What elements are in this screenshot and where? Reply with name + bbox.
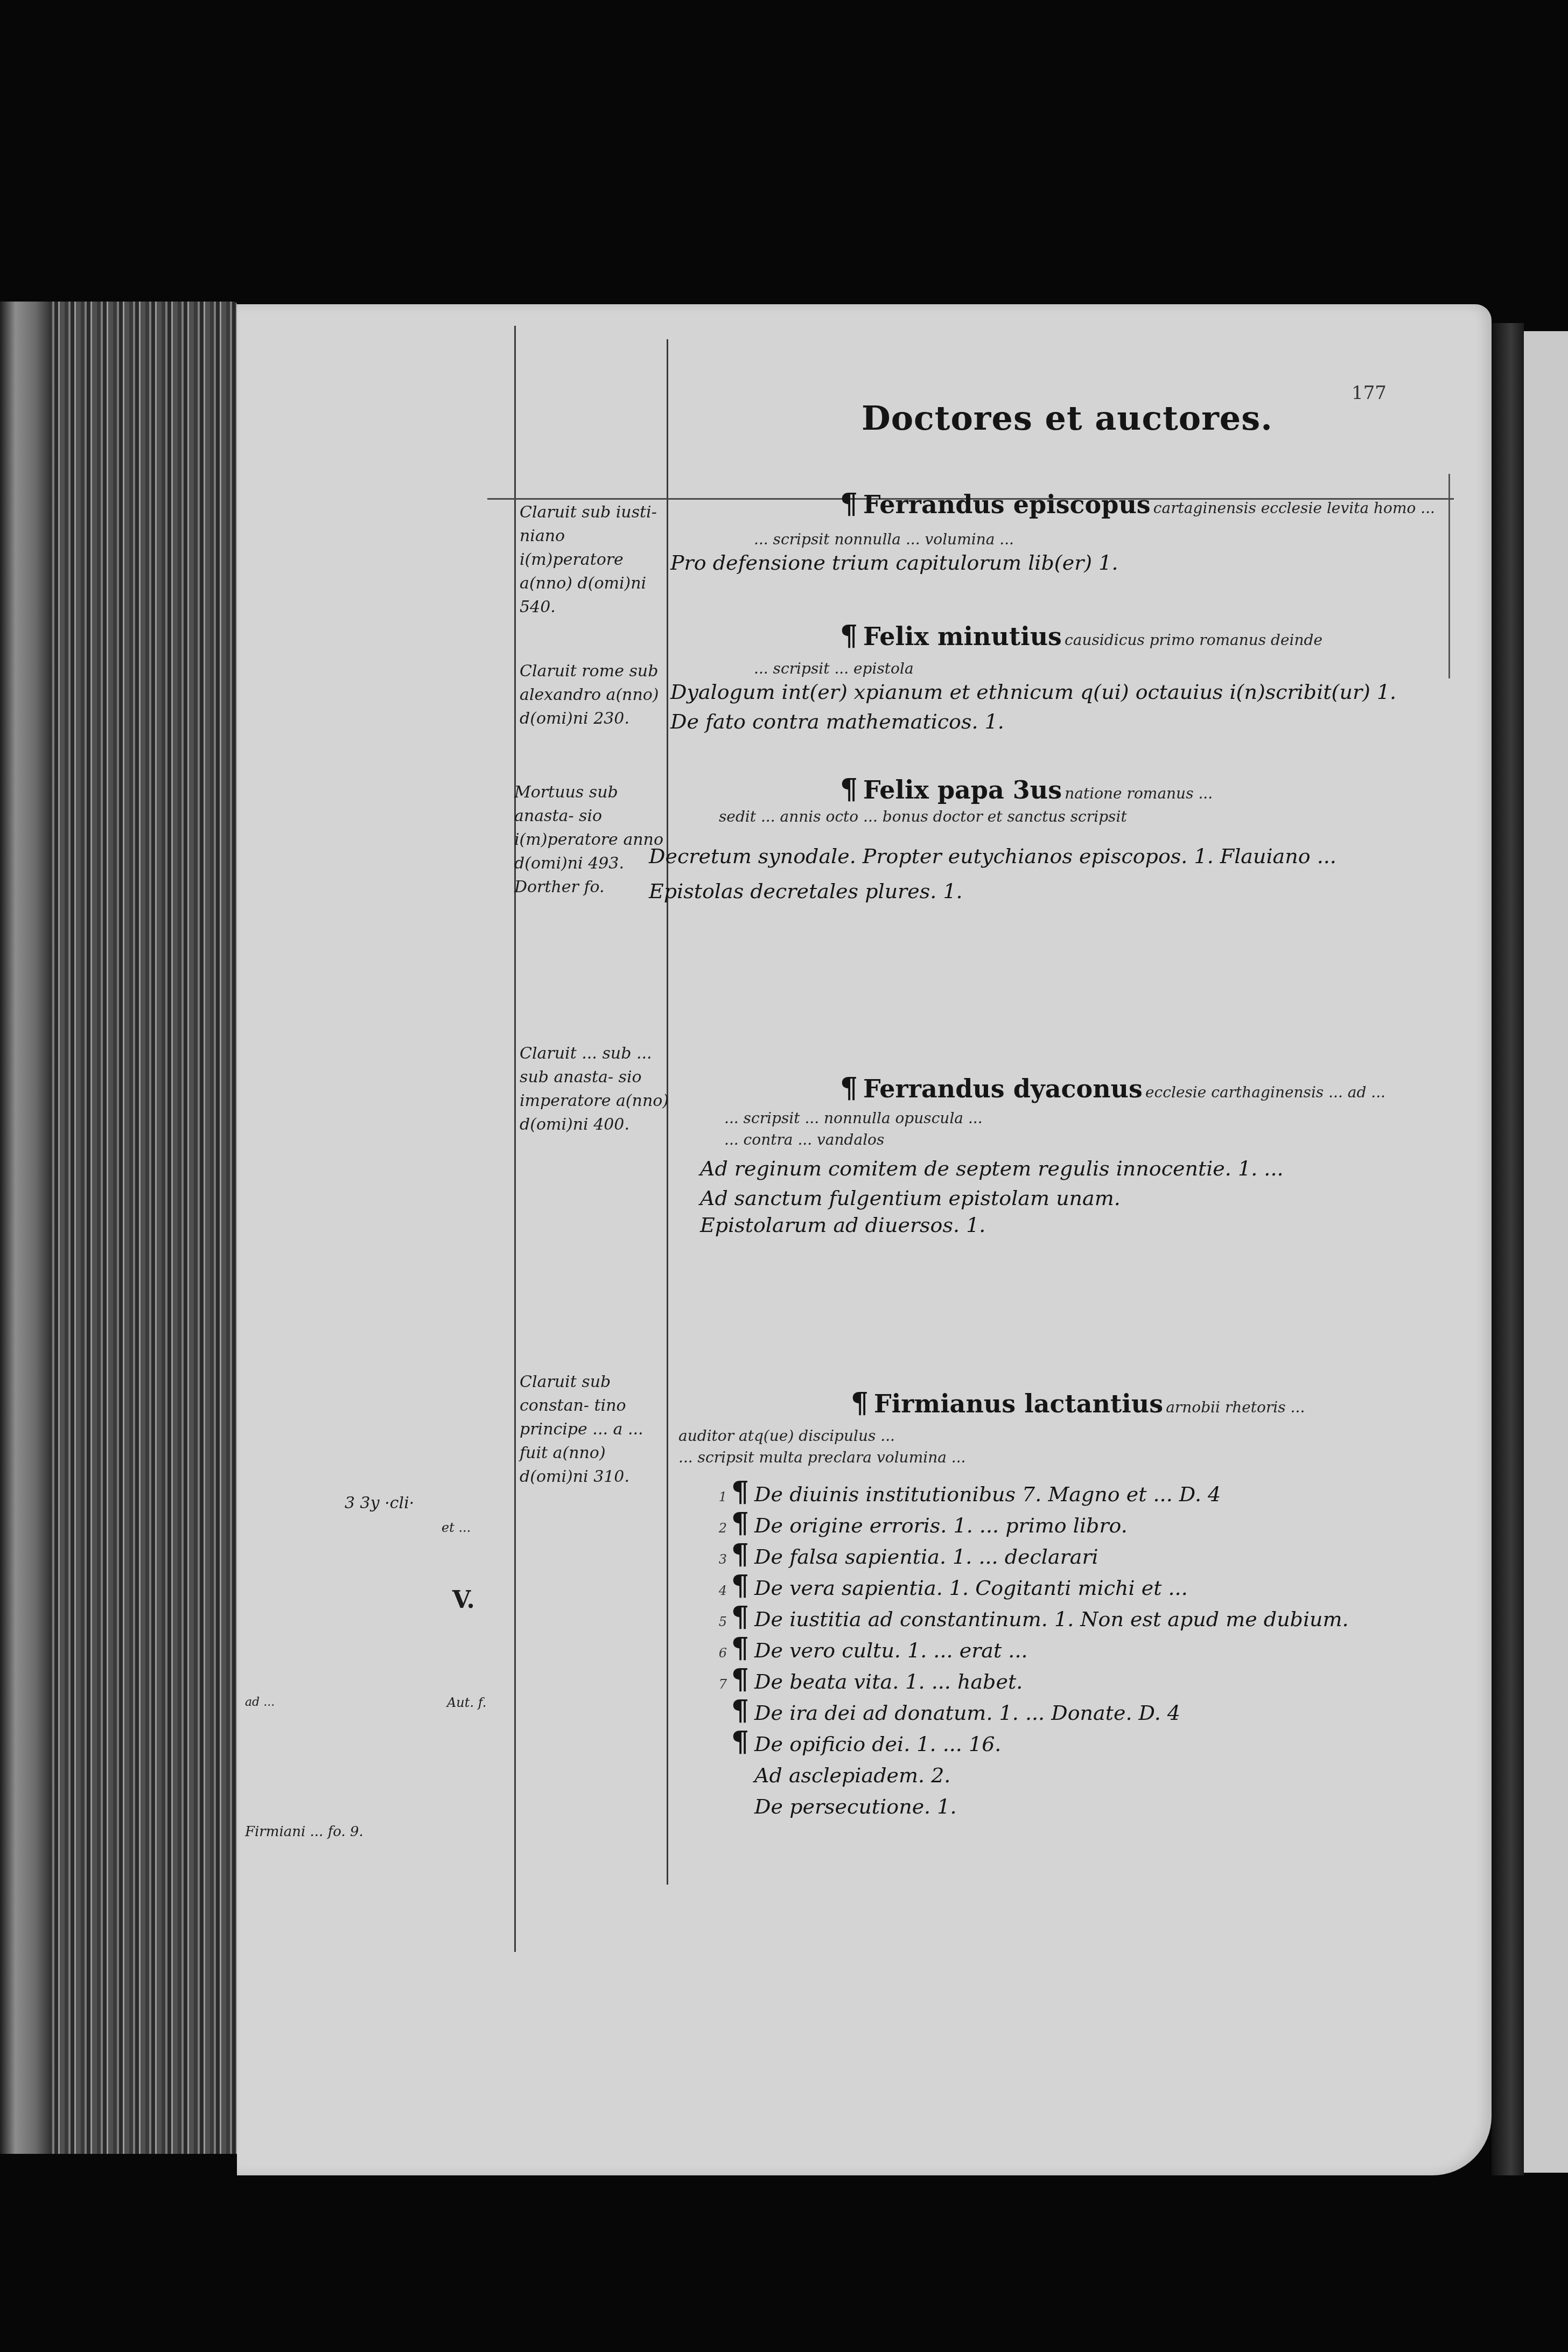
pilcrow-icon: ¶	[840, 1072, 858, 1104]
works-list: 1¶De diuinis institutionibus 7. Magno et…	[668, 1475, 1475, 1819]
work-row: 6¶De vero cultu. 1. ... erat ...	[668, 1632, 1475, 1663]
pilcrow-icon: ¶	[840, 773, 858, 806]
pilcrow-icon: ¶	[840, 619, 858, 652]
work-row: ¶Ad asclepiadem. 2.	[668, 1756, 1475, 1788]
entry-heading-1: ¶Ferrandus episcopus cartaginensis eccle…	[840, 487, 1435, 520]
folio-number: 177	[1352, 382, 1387, 404]
entry-description-4a: ... scripsit ... nonnulla opuscula ...	[724, 1109, 983, 1127]
work-1-1: Pro defensione trium capitulorum lib(er)…	[670, 547, 1118, 579]
entry-description-5b: ... scripsit multa preclara volumina ...	[678, 1448, 965, 1466]
work-4-1: Ad reginum comitem de septem regulis inn…	[700, 1152, 1284, 1185]
work-row: ¶De opificio dei. 1. ... 16.	[668, 1725, 1475, 1756]
work-3-2: Epistolas decretales plures. 1.	[649, 875, 963, 907]
margin-note-2: Claruit rome sub alexandro a(nno) d(omi)…	[520, 660, 670, 731]
entry-description-1: ... scripsit nonnulla ... volumina ...	[754, 530, 1014, 548]
work-4-3: Epistolarum ad diuersos. 1.	[700, 1209, 985, 1241]
outer-margin-note: V.	[452, 1588, 475, 1612]
work-row: 5¶De iustitia ad constantinum. 1. Non es…	[668, 1600, 1475, 1632]
outer-margin-note: 3 3y ·cli·	[345, 1492, 414, 1515]
ruling-line-right	[1448, 474, 1450, 678]
page-gutter-shadow	[1492, 323, 1524, 2175]
outer-margin-note: Firmiani ... fo. 9.	[245, 1820, 374, 1844]
work-row: 4¶De vera sapientia. 1. Cogitanti michi …	[668, 1569, 1475, 1600]
entry-description-4b: ... contra ... vandalos	[724, 1131, 884, 1149]
entry-heading-2: ¶Felix minutius causidicus primo romanus…	[840, 619, 1322, 652]
outer-margin-note: Aut. f.	[447, 1691, 486, 1714]
entry-heading-5: ¶Firmianus lactantius arnobii rhetoris .…	[851, 1387, 1305, 1419]
book-cover-edge	[0, 302, 51, 2154]
margin-note-4: Claruit ... sub ... sub anasta- sio impe…	[520, 1042, 670, 1137]
work-row: ¶De ira dei ad donatum. 1. ... Donate. D…	[668, 1694, 1475, 1725]
work-row: ¶De persecutione. 1.	[668, 1788, 1475, 1819]
outer-margin-note: ad ...	[245, 1691, 275, 1714]
work-3-1: Decretum synodale. Propter eutychianos e…	[649, 840, 1336, 872]
entry-description-3: sedit ... annis octo ... bonus doctor et…	[719, 808, 1127, 825]
ruling-line-left	[514, 326, 516, 1952]
outer-margin-note: et ...	[442, 1516, 471, 1539]
entry-heading-4: ¶Ferrandus dyaconus ecclesie carthaginen…	[840, 1072, 1385, 1104]
work-2-1: Dyalogum int(er) xpianum et ethnicum q(u…	[670, 676, 1396, 708]
work-row: 7¶De beata vita. 1. ... habet.	[668, 1663, 1475, 1694]
work-row: 2¶De origine erroris. 1. ... primo libro…	[668, 1507, 1475, 1538]
work-row: 1¶De diuinis institutionibus 7. Magno et…	[668, 1475, 1475, 1507]
margin-note-1: Claruit sub iusti- niano i(m)peratore a(…	[520, 501, 670, 619]
pilcrow-icon: ¶	[840, 487, 858, 520]
work-2-2: De fato contra mathematicos. 1.	[670, 705, 1004, 738]
entry-description-5a: auditor atq(ue) discipulus ...	[678, 1427, 895, 1445]
page-title: Doctores et auctores.	[862, 398, 1273, 438]
work-row: 3¶De falsa sapientia. 1. ... declarari	[668, 1538, 1475, 1569]
entry-heading-3: ¶Felix papa 3us natione romanus ...	[840, 773, 1213, 806]
entry-description-2: ... scripsit ... epistola	[754, 660, 914, 677]
margin-note-3: Mortuus sub anasta- sio i(m)peratore ann…	[514, 781, 665, 899]
margin-note-5: Claruit sub constan- tino principe ... a…	[520, 1370, 670, 1489]
pilcrow-icon: ¶	[851, 1387, 869, 1419]
